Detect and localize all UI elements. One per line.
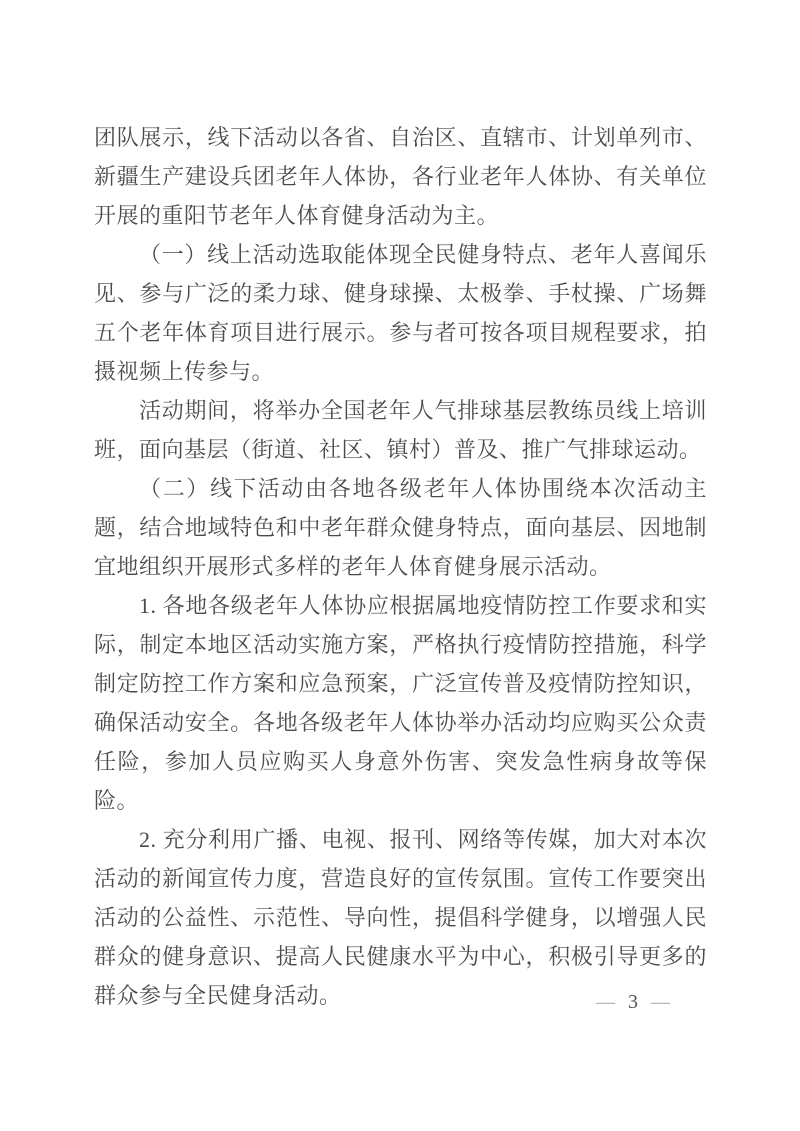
document-page: 团队展示，线下活动以各省、自治区、直辖市、计划单列市、新疆生产建设兵团老年人体协…	[0, 0, 800, 1131]
page-number-footer: — 3 —	[596, 991, 670, 1014]
footer-dash-left: —	[596, 994, 615, 1012]
page-number: 3	[628, 991, 638, 1014]
footer-dash-right: —	[651, 994, 670, 1012]
paragraph: 团队展示，线下活动以各省、自治区、直辖市、计划单列市、新疆生产建设兵团老年人体协…	[94, 118, 707, 235]
paragraph: 2. 充分利用广播、电视、报刊、网络等传媒，加大对本次活动的新闻宣传力度，营造良…	[94, 820, 707, 1015]
paragraph: （一）线上活动选取能体现全民健身特点、老年人喜闻乐见、参与广泛的柔力球、健身球操…	[94, 235, 707, 391]
document-body-text: 团队展示，线下活动以各省、自治区、直辖市、计划单列市、新疆生产建设兵团老年人体协…	[94, 118, 707, 1015]
paragraph: 1. 各地各级老年人体协应根据属地疫情防控工作要求和实际，制定本地区活动实施方案…	[94, 586, 707, 820]
paragraph: 活动期间，将举办全国老年人气排球基层教练员线上培训班，面向基层（街道、社区、镇村…	[94, 391, 707, 469]
paragraph: （二）线下活动由各地各级老年人体协围绕本次活动主题，结合地域特色和中老年群众健身…	[94, 469, 707, 586]
